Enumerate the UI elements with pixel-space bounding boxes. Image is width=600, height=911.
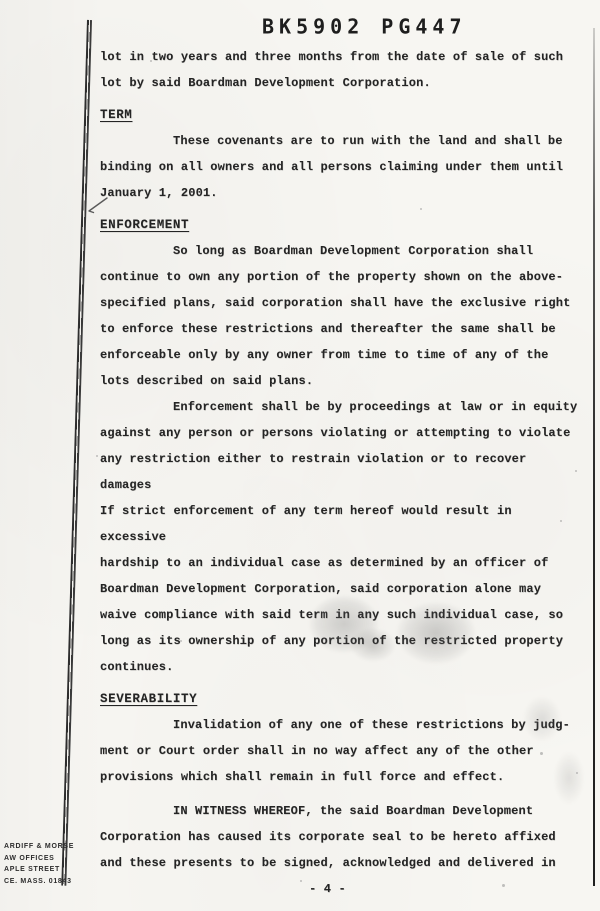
book-page-recorder-stamp: BK5902 PG447 bbox=[262, 14, 467, 39]
severability-heading-text: SEVERABILITY bbox=[100, 692, 197, 706]
document-body: lot in two years and three months from t… bbox=[100, 44, 578, 902]
term-heading-text: TERM bbox=[100, 108, 132, 122]
severability-heading: SEVERABILITY bbox=[100, 686, 578, 712]
right-binding-rule bbox=[593, 28, 595, 886]
enforcement-heading: ENFORCEMENT bbox=[100, 212, 578, 238]
law-office-corner-stamp: ARDIFF & MORSE AW OFFICES APLE STREET CE… bbox=[4, 841, 74, 887]
scan-speck bbox=[96, 455, 98, 457]
term-heading: TERM bbox=[100, 102, 578, 128]
term-paragraph: These covenants are to run with the land… bbox=[100, 128, 578, 206]
page-number: - 4 - bbox=[100, 876, 555, 902]
corner-stamp-line: AW OFFICES bbox=[4, 853, 74, 865]
corner-stamp-line: APLE STREET bbox=[4, 864, 74, 876]
corner-stamp-line: ARDIFF & MORSE bbox=[4, 841, 74, 853]
enforcement-heading-text: ENFORCEMENT bbox=[100, 218, 189, 232]
witness-closing-paragraph: IN WITNESS WHEREOF, the said Boardman De… bbox=[100, 798, 578, 876]
corner-stamp-line: CE. MASS. 01843 bbox=[4, 876, 74, 888]
severability-paragraph: Invalidation of any one of these restric… bbox=[100, 712, 578, 790]
continuation-paragraph: lot in two years and three months from t… bbox=[100, 44, 578, 96]
enforcement-paragraph-1: So long as Boardman Development Corporat… bbox=[100, 238, 578, 394]
left-binding-rule bbox=[61, 20, 92, 886]
scanned-document-page: BK5902 PG447 lot in two years and three … bbox=[0, 0, 600, 911]
enforcement-paragraph-2: Enforcement shall be by proceedings at l… bbox=[100, 394, 578, 680]
